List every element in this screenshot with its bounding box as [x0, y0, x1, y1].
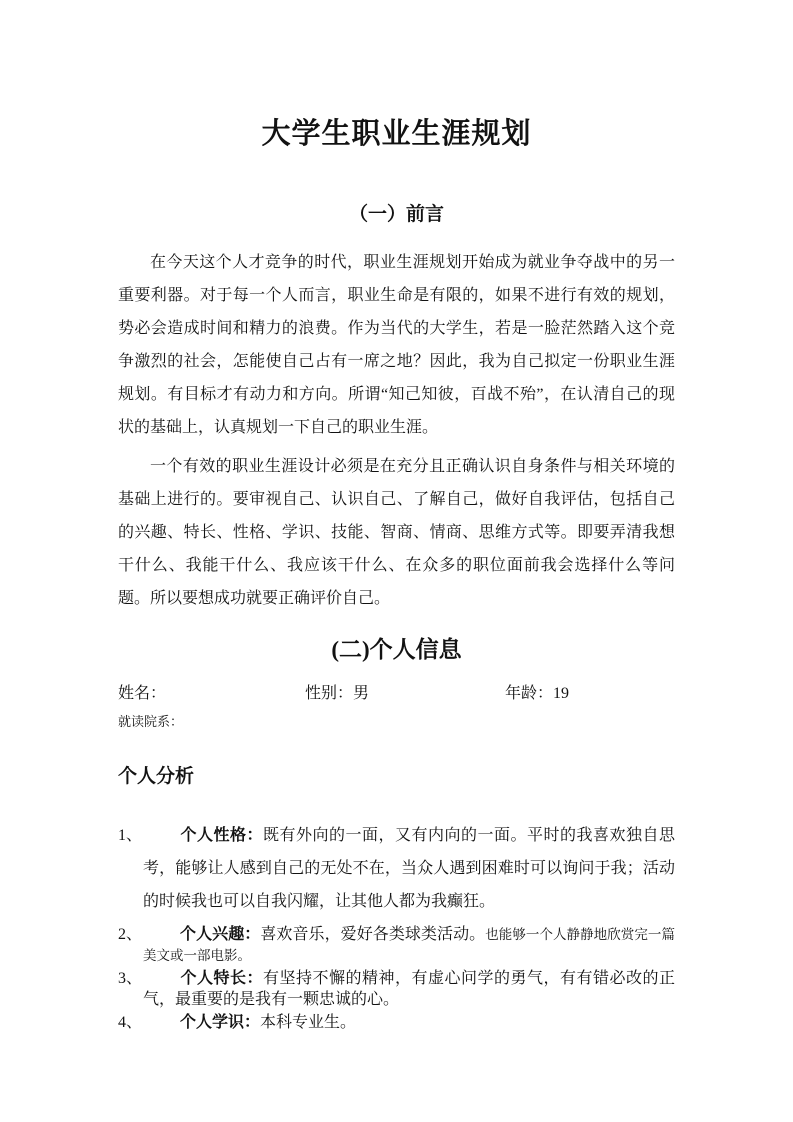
analysis-list: 1、个人性格：既有外向的一面，又有内向的一面。平时的我喜欢独自思考，能够让人感到…	[118, 819, 675, 1033]
name-label: 姓名：	[118, 685, 166, 702]
item-number: 2、	[118, 924, 180, 945]
gender-field: 性别：男	[305, 683, 505, 705]
department-label: 就读院系：	[118, 713, 675, 731]
doc-title: 大学生职业生涯规划	[118, 112, 675, 156]
list-item-personality: 1、个人性格：既有外向的一面，又有内向的一面。平时的我喜欢独自思考，能够让人感到…	[118, 819, 675, 918]
item-label: 个人特长：	[180, 970, 263, 987]
section2-heading: (二)个人信息	[118, 635, 675, 665]
list-item-strength: 3、个人特长：有坚持不懈的精神，有虚心问学的勇气，有有错必改的正气，最重要的是我…	[118, 968, 675, 1010]
item-number: 3、	[118, 968, 180, 989]
analysis-heading: 个人分析	[118, 765, 675, 789]
gender-value: 男	[353, 685, 369, 702]
item-text: 本科专业生。	[260, 1014, 356, 1031]
item-label: 个人性格：	[180, 827, 263, 844]
preface-paragraph-2: 一个有效的职业生涯设计必须是在充分且正确认识自身条件与相关环境的基础上进行的。要…	[118, 450, 675, 615]
age-field: 年龄：19	[505, 683, 569, 705]
personal-info-row: 姓名：性别：男年龄：19	[118, 683, 675, 705]
name-field: 姓名：	[118, 683, 305, 705]
list-item-knowledge: 4、个人学识：本科专业生。	[118, 1012, 675, 1033]
age-label: 年龄：	[505, 685, 553, 702]
section1-heading: （一）前言	[118, 202, 675, 228]
document-page: 大学生职业生涯规划 （一）前言 在今天这个人才竞争的时代，职业生涯规划开始成为就…	[0, 0, 793, 1122]
age-value: 19	[553, 685, 569, 702]
item-label: 个人学识：	[180, 1014, 260, 1031]
gender-label: 性别：	[305, 685, 353, 702]
item-label: 个人兴趣：	[180, 926, 260, 943]
item-number: 1、	[118, 819, 180, 852]
item-text: 喜欢音乐，爱好各类球类活动。	[260, 926, 485, 943]
list-item-interest: 2、个人兴趣：喜欢音乐，爱好各类球类活动。也能够一个人静静地欣赏完一篇美文或一部…	[118, 924, 675, 966]
item-number: 4、	[118, 1012, 180, 1033]
preface-paragraph-1: 在今天这个人才竞争的时代，职业生涯规划开始成为就业争夺战中的另一重要利器。对于每…	[118, 246, 675, 444]
